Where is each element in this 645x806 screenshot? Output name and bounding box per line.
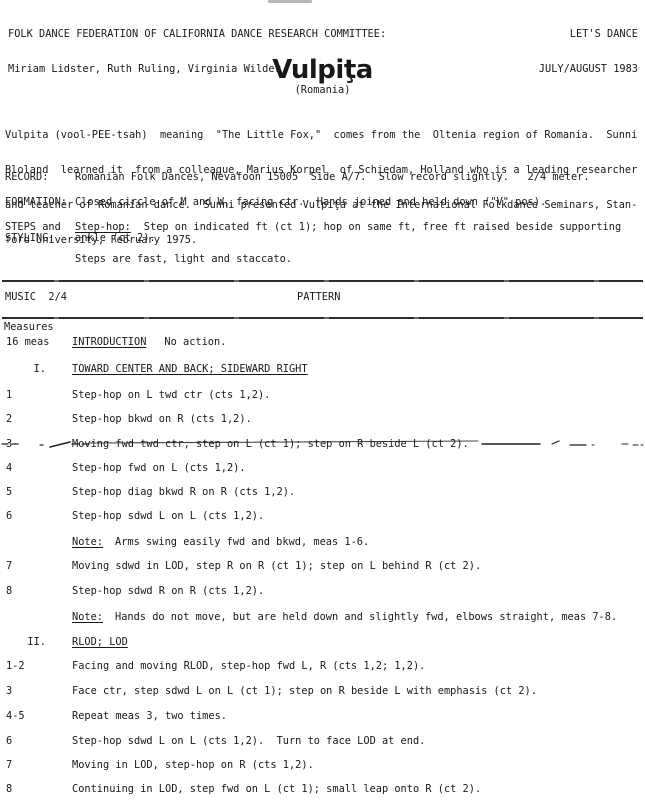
pattern-text: Face ctr, step sdwd L on L (ct 1); step … xyxy=(72,685,537,697)
pattern-text: Step-hop sdwd L on L (cts 1,2). Turn to … xyxy=(72,735,425,747)
horizontal-rule-top xyxy=(2,280,643,282)
note-text: Arms swing easily fwd and bkwd, meas 1-6… xyxy=(115,536,369,548)
measure-number: 5 xyxy=(6,486,12,498)
section-heading-row: I. TOWARD CENTER AND BACK; SIDEWARD RIGH… xyxy=(0,363,645,377)
formation-text: Closed circle of M and W, facing ctr. Ha… xyxy=(75,196,546,208)
styling-note: Steps are fast, light and staccato. xyxy=(75,253,292,265)
introduction-text: No action. xyxy=(164,336,226,348)
measure-number: 7 xyxy=(6,759,12,771)
dance-origin: (Romania) xyxy=(0,84,645,96)
formation-label: FORMATION: xyxy=(5,196,67,208)
section-heading: TOWARD CENTER AND BACK; SIDEWARD RIGHT xyxy=(72,363,308,375)
pattern-row: 7 Moving sdwd in LOD, step R on R (ct 1)… xyxy=(0,560,645,574)
record-text: Romanian Folk Dances, Nevafoon 15005 Sid… xyxy=(75,171,590,183)
pattern-row: 4 Step-hop fwd on L (cts 1,2). xyxy=(0,462,645,476)
horizontal-rule-bottom xyxy=(2,317,643,319)
publication-name: LET'S DANCE xyxy=(539,29,638,41)
pattern-row: 1-2 Facing and moving RLOD, step-hop fwd… xyxy=(0,660,645,674)
pattern-text: Moving in LOD, step-hop on R (cts 1,2). xyxy=(72,759,314,771)
pattern-text: INTRODUCTIONNo action. xyxy=(72,336,226,348)
pattern-row: 8 Continuing in LOD, step fwd on L (ct 1… xyxy=(0,783,645,797)
measure-number: 1 xyxy=(6,389,12,401)
pattern-text: Step-hop sdwd L on L (cts 1,2). xyxy=(72,510,264,522)
pattern-text: Step-hop sdwd R on R (cts 1,2). xyxy=(72,585,264,597)
note-label: Note: xyxy=(72,536,103,548)
measure-number: 6 xyxy=(6,735,12,747)
measure-number: 8 xyxy=(6,585,12,597)
note-row: Note:Arms swing easily fwd and bkwd, mea… xyxy=(0,536,645,550)
pattern-text: Step-hop bkwd on R (cts 1,2). xyxy=(72,413,252,425)
section-numeral: I. xyxy=(0,363,46,375)
scanned-dance-notation-page: FOLK DANCE FEDERATION OF CALIFORNIA DANC… xyxy=(0,0,645,806)
measures-column-label: Measures xyxy=(4,321,54,333)
note: Note:Hands do not move, but are held dow… xyxy=(72,611,617,623)
measure-number: 7 xyxy=(6,560,12,572)
section-heading: RLOD; LOD xyxy=(72,636,128,648)
section-numeral: II. xyxy=(0,636,46,648)
pattern-row: 6 Step-hop sdwd L on L (cts 1,2). Turn t… xyxy=(0,735,645,749)
pattern-row: 7 Moving in LOD, step-hop on R (cts 1,2)… xyxy=(0,759,645,773)
pattern-row: 4-5 Repeat meas 3, two times. xyxy=(0,710,645,724)
pattern-text: Step-hop on L twd ctr (cts 1,2). xyxy=(72,389,270,401)
intro-paragraph: Vulpita (vool-PEE-tsah) meaning "The Lit… xyxy=(5,107,637,269)
section-heading-row: II. RLOD; LOD xyxy=(0,636,645,650)
note: Note:Arms swing easily fwd and bkwd, mea… xyxy=(72,536,369,548)
pattern-row-introduction: 16 meas INTRODUCTIONNo action. xyxy=(0,336,645,350)
steps-definition-line2: ankle (ct 2). xyxy=(75,232,156,244)
record-label: RECORD: xyxy=(5,171,48,183)
measure-number: 1-2 xyxy=(6,660,25,672)
pattern-text: Continuing in LOD, step fwd on L (ct 1);… xyxy=(72,783,481,795)
measure-number: 8 xyxy=(6,783,12,795)
measure-number: 16 meas xyxy=(6,336,49,348)
scan-artifact-top-mark xyxy=(268,0,312,3)
pattern-row: 8 Step-hop sdwd R on R (cts 1,2). xyxy=(0,585,645,599)
pattern-row: 1 Step-hop on L twd ctr (cts 1,2). xyxy=(0,389,645,403)
pattern-row: 6 Step-hop sdwd L on L (cts 1,2). xyxy=(0,510,645,524)
note-label: Note: xyxy=(72,611,103,623)
steps-label-line2: STYLING: xyxy=(5,232,55,244)
music-meter-label: MUSIC 2/4 xyxy=(5,291,67,303)
pattern-text: Repeat meas 3, two times. xyxy=(72,710,227,722)
pattern-row: 2 Step-hop bkwd on R (cts 1,2). xyxy=(0,413,645,427)
intro-line: Vulpita (vool-PEE-tsah) meaning "The Lit… xyxy=(5,130,637,142)
pattern-text: Step-hop fwd on L (cts 1,2). xyxy=(72,462,246,474)
pattern-row: 3 Face ctr, step sdwd L on L (ct 1); ste… xyxy=(0,685,645,699)
measure-number: 3 xyxy=(6,685,12,697)
measure-number: 4-5 xyxy=(6,710,25,722)
pattern-text: Moving sdwd in LOD, step R on R (ct 1); … xyxy=(72,560,481,572)
measure-number: 4 xyxy=(6,462,12,474)
committee-line: FOLK DANCE FEDERATION OF CALIFORNIA DANC… xyxy=(8,29,386,41)
measure-number: 3 xyxy=(6,438,12,450)
steps-definition-line1: Step-hop:Step on indicated ft (ct 1); ho… xyxy=(75,221,621,233)
dance-title: Vulpiţa xyxy=(0,55,645,85)
note-row: Note:Hands do not move, but are held dow… xyxy=(0,611,645,625)
pattern-text: Step-hop diag bkwd R on R (cts 1,2). xyxy=(72,486,295,498)
measure-number: 2 xyxy=(6,413,12,425)
pattern-text: Facing and moving RLOD, step-hop fwd L, … xyxy=(72,660,425,672)
introduction-label: INTRODUCTION xyxy=(72,336,146,348)
pattern-column-label: PATTERN xyxy=(297,291,340,303)
pattern-row-smudged: 3 Moving fwd twd ctr, step on L (ct 1); … xyxy=(0,438,645,452)
pattern-text: Moving fwd twd ctr, step on L (ct 1); st… xyxy=(72,438,469,450)
pattern-row: 5 Step-hop diag bkwd R on R (cts 1,2). xyxy=(0,486,645,500)
note-text: Hands do not move, but are held down and… xyxy=(115,611,617,623)
measure-number: 6 xyxy=(6,510,12,522)
step-hop-definition: Step on indicated ft (ct 1); hop on same… xyxy=(144,221,621,233)
